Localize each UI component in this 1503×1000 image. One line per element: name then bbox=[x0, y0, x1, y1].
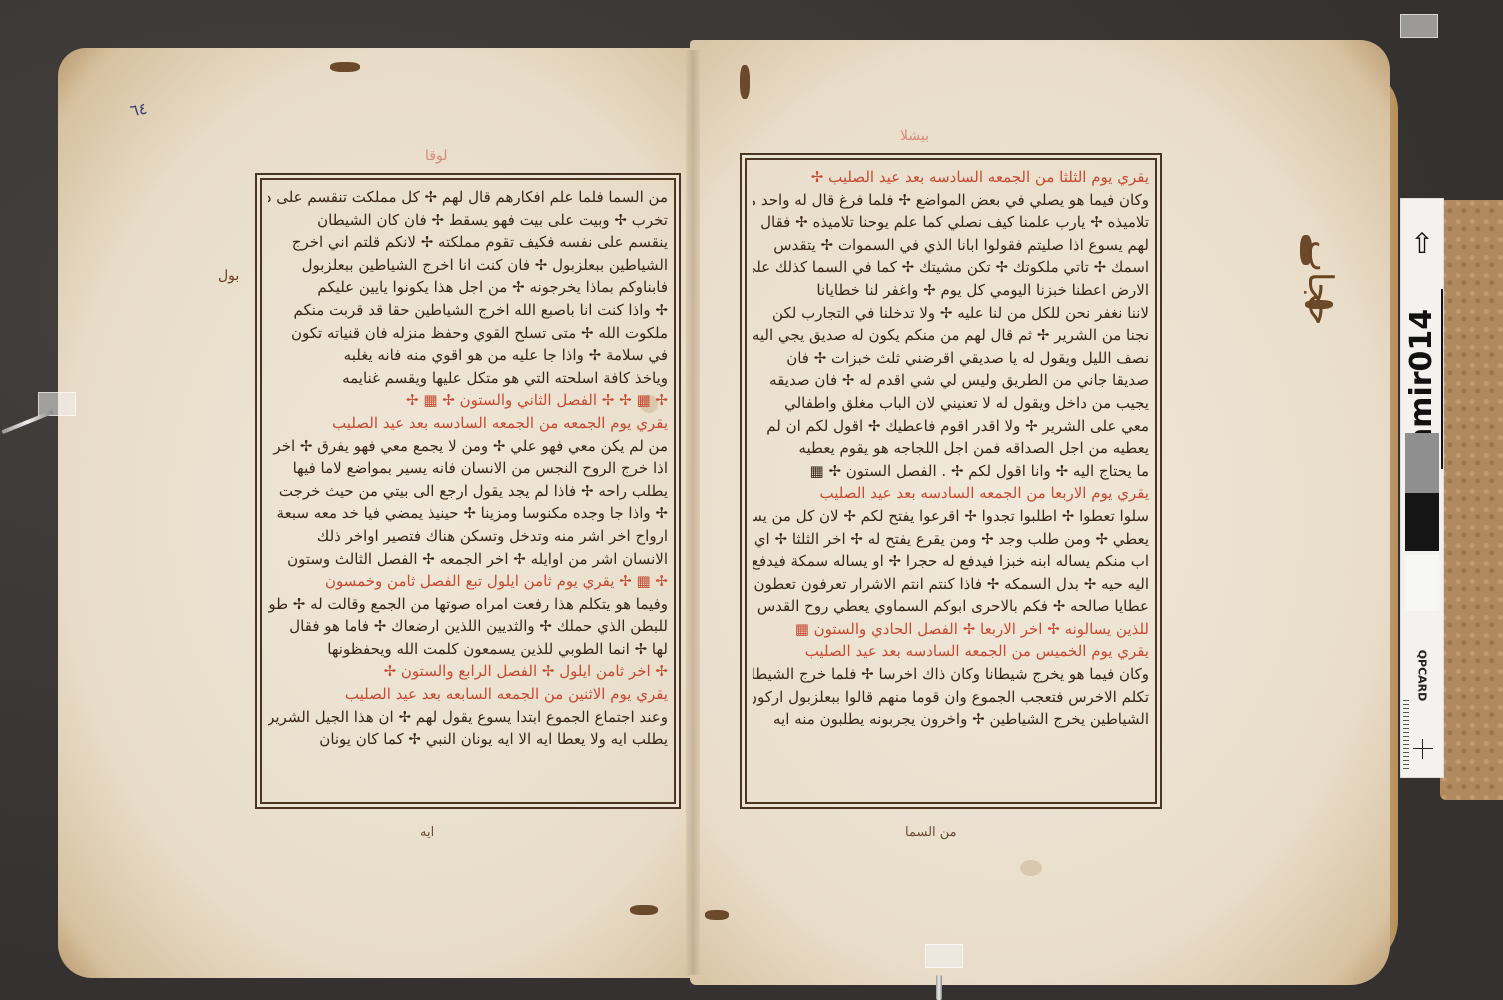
text-line: يعطيه من اجل الصداقه فمن اجل اللجاجه هو … bbox=[753, 437, 1149, 460]
text-line: اذا خرج الروح النجس من الانسان فانه يسير… bbox=[268, 457, 668, 480]
right-catchword: من السما bbox=[905, 825, 957, 840]
text-line: اليه حيه ✢ بدل السمكه ✢ فاذا كنتم انتم ا… bbox=[753, 573, 1149, 596]
text-line: لها ✢ انما الطوبي للذين يسمعون كلمت الله… bbox=[268, 638, 668, 661]
text-line: ما يحتاج اليه ✢ وانا اقول لكم ✢ . الفصل … bbox=[753, 460, 1149, 483]
rubric-line: ✢ اخر ثامن ايلول ✢ الفصل الرابع والستون … bbox=[268, 660, 668, 683]
cork-board bbox=[1440, 200, 1503, 800]
text-line: وفيما هو يتكلم هذا رفعت امراه صوتها من ا… bbox=[268, 593, 668, 616]
text-line: تكلم الاخرس فتعجب الجموع وان قوما منهم ق… bbox=[753, 686, 1149, 709]
text-line: ✢ واذا جا وجده مكنوسا ومزينا ✢ حينيذ يمض… bbox=[268, 502, 668, 525]
text-line: نصف الليل ويقول له يا صديقي اقرضني ثلث خ… bbox=[753, 347, 1149, 370]
rubric-line: يقري يوم الجمعه من الجمعه السادسه بعد عي… bbox=[268, 412, 668, 435]
text-line: اب منكم يساله ابنه خبزا فيدفع له حجرا ✢ … bbox=[753, 550, 1149, 573]
left-text-block: من السما فلما علم افكارهم قال لهم ✢ كل م… bbox=[260, 178, 676, 804]
rubric-line: يقري يوم الاثنين من الجمعه السابعه بعد ع… bbox=[268, 683, 668, 706]
text-line: فابناوكم بماذا يخرجونه ✢ من اجل هذا يكون… bbox=[268, 276, 668, 299]
clip-tab bbox=[1400, 14, 1438, 38]
stain bbox=[1020, 860, 1042, 876]
rubric-line: ✢ ▦ ✢ ✢ الفصل الثاني والستون ✢ ▦ ✢ bbox=[268, 389, 668, 412]
right-lines: يقري يوم الثلثا من الجمعه السادسه بعد عي… bbox=[747, 166, 1155, 731]
text-line: ملكوت الله ✢ متى تسلح القوي وحفظ منزله ف… bbox=[268, 322, 668, 345]
text-line: ✢ واذا كنت انا باصبع الله اخرج الشياطين … bbox=[268, 299, 668, 322]
crosshair-icon bbox=[1413, 739, 1433, 759]
text-line: لاننا نغفر نحن للكل من لنا عليه ✢ ولا تد… bbox=[753, 302, 1149, 325]
text-line: صديقا جاني من الطريق وليس لي شي اقدم له … bbox=[753, 369, 1149, 392]
right-page-heading: بيشلا bbox=[900, 128, 929, 144]
rubric-line: للذين يسالونه ✢ اخر الاربعا ✢ الفصل الحا… bbox=[753, 618, 1149, 641]
right-text-block: يقري يوم الثلثا من الجمعه السادسه بعد عي… bbox=[745, 158, 1157, 804]
rubric-line: يقري يوم الخميس من الجمعه السادسه بعد عي… bbox=[753, 640, 1149, 663]
text-line: تخرب ✢ وبيت على بيت فهو يسقط ✢ فان كان ا… bbox=[268, 209, 668, 232]
rubric-line: ✢ ▦ ✢ يقري يوم ثامن ايلول تبع الفصل ثامن… bbox=[268, 570, 668, 593]
worm-hole bbox=[705, 910, 729, 920]
text-line: يطلب ايه ولا يعطا ايه الا ايه يونان النب… bbox=[268, 728, 668, 751]
text-line: يجيب من داخل ويقول له لا تعنيني لان البا… bbox=[753, 392, 1149, 415]
folio-number: ٦٤ bbox=[128, 99, 148, 121]
text-line: تلاميذه ✢ يارب علمنا كيف نصلي كما علم يو… bbox=[753, 211, 1149, 234]
color-reference-card: ⇧ hmir014 QPCARD bbox=[1400, 198, 1444, 778]
text-line: من السما فلما علم افكارهم قال لهم ✢ كل م… bbox=[268, 186, 668, 209]
worm-hole bbox=[630, 905, 658, 915]
text-line: وكان فيما هو يصلي في بعض المواضع ✢ فلما … bbox=[753, 189, 1149, 212]
gray-patch bbox=[1405, 433, 1439, 493]
left-page-heading: لوقا bbox=[425, 148, 447, 164]
text-line: وكان فيما هو يخرج شيطانا وكان ذاك اخرسا … bbox=[753, 663, 1149, 686]
rubric-line: يقري يوم الثلثا من الجمعه السادسه بعد عي… bbox=[753, 166, 1149, 189]
text-line: وياخذ كافة اسلحته التي هو متكل عليها ويق… bbox=[268, 367, 668, 390]
text-line: ارواح اخر اشر منه وتدخل وتسكن هناك فتصير… bbox=[268, 525, 668, 548]
rubric-line: يقري يوم الاربعا من الجمعه السادسه بعد ع… bbox=[753, 482, 1149, 505]
text-line: ينقسم على نفسه فكيف تقوم مملكته ✢ لانكم … bbox=[268, 231, 668, 254]
text-line: الشياطين ببعلزبول ✢ فان كنت انا اخرج الش… bbox=[268, 254, 668, 277]
card-brand: QPCARD bbox=[1416, 635, 1429, 717]
text-line: يطلب راحه ✢ فاذا لم يجد يقول ارجع الى بي… bbox=[268, 480, 668, 503]
worm-hole bbox=[740, 65, 750, 99]
text-line: اسمك ✢ تاتي ملكوتك ✢ تكن مشيتك ✢ كما في … bbox=[753, 256, 1149, 279]
margin-note: بول bbox=[218, 268, 239, 284]
text-line: للبطن الذي حملك ✢ والثديين اللذين ارضعاك… bbox=[268, 615, 668, 638]
up-arrow-icon: ⇧ bbox=[1405, 227, 1439, 261]
book-gutter bbox=[686, 50, 700, 975]
text-line: عطايا صالحه ✢ فكم بالاحرى ابوكم السماوي … bbox=[753, 595, 1149, 618]
text-line: سلوا تعطوا ✢ اطلبوا تجدوا ✢ اقرعوا يفتح … bbox=[753, 505, 1149, 528]
open-manuscript bbox=[58, 40, 1393, 990]
left-lines: من السما فلما علم افكارهم قال لهم ✢ كل م… bbox=[262, 186, 674, 751]
text-line: وعند اجتماع الجموع ابتدا يسوع يقول لهم ✢… bbox=[268, 706, 668, 729]
text-line: الانسان اشر من اوايله ✢ اخر الجمعه ✢ الف… bbox=[268, 548, 668, 571]
scale-ruler bbox=[1403, 699, 1409, 769]
text-line: الارض اعطنا خبزنا اليومي كل يوم ✢ واغفر … bbox=[753, 279, 1149, 302]
worm-hole bbox=[330, 62, 360, 72]
left-catchword: ايه bbox=[420, 825, 434, 840]
holding-clip bbox=[936, 975, 942, 1000]
clip-tab bbox=[925, 944, 963, 968]
text-line: لهم يسوع اذا صليتم فقولوا ابانا الذي في … bbox=[753, 234, 1149, 257]
black-patch bbox=[1405, 493, 1439, 551]
text-line: من لم يكن معي فهو علي ✢ ومن لا يجمع معي … bbox=[268, 435, 668, 458]
text-line: في سلامة ✢ واذا جا عليه من هو اقوي منه ف… bbox=[268, 344, 668, 367]
white-patch bbox=[1405, 555, 1439, 611]
text-line: معي على الشرير ✢ ولا اقدر اقوم فاعطيك ✢ … bbox=[753, 415, 1149, 438]
text-line: نجنا من الشرير ✢ ثم قال لهم من منكم يكون… bbox=[753, 324, 1149, 347]
text-line: يعطي ✢ ومن طلب وجد ✢ ومن يقرع يفتح له ✢ … bbox=[753, 528, 1149, 551]
right-margin-note: حجاب bbox=[1300, 240, 1340, 325]
text-line: الشياطين يخرج الشياطين ✢ واخرون يجربونه … bbox=[753, 708, 1149, 731]
